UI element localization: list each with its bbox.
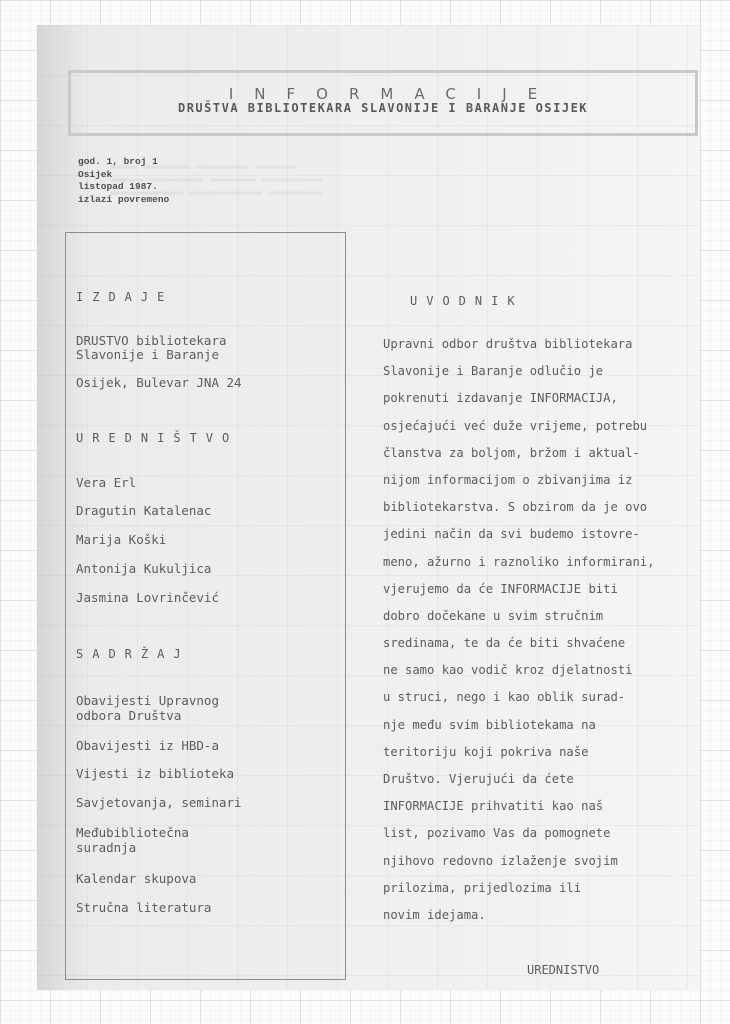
editorial-line: list, pozivamo Vas da pomognete bbox=[383, 820, 723, 847]
editorial-signature: UREDNISTVO bbox=[527, 963, 599, 977]
contents-item: Obavijesti Upravnog odbora Društva bbox=[76, 693, 219, 723]
contents-item: Obavijesti iz HBD-a bbox=[76, 738, 219, 753]
contents-item: Vijesti iz biblioteka bbox=[76, 766, 234, 781]
editorial-line: dobro dočekane u svim stručnim bbox=[383, 603, 723, 630]
editorial-line: Društvo. Vjerujući da ćete bbox=[383, 766, 723, 793]
editorial-line: osjećajući već duže vrijeme, potrebu bbox=[383, 413, 723, 440]
contents-item: Kalendar skupova bbox=[76, 871, 196, 886]
publisher-line-1: DRUSTVO bibliotekara bbox=[76, 333, 227, 348]
editorial-line: pokrenuti izdavanje INFORMACIJA, bbox=[383, 385, 723, 412]
izdaje-heading: IZDAJE bbox=[76, 290, 173, 304]
editorial-body: Upravni odbor društva bibliotekaraSlavon… bbox=[383, 331, 723, 929]
contents-item: Savjetovanja, seminari bbox=[76, 795, 242, 810]
editorial-line: njihovo redovno izlaženje svojim bbox=[383, 848, 723, 875]
editorial-line: Slavonije i Baranje odlučio je bbox=[383, 358, 723, 385]
editorial-line: nijom informacijom o zbivanjima iz bbox=[383, 467, 723, 494]
editor-name: Antonija Kukuljica bbox=[76, 561, 211, 576]
publisher-address: Osijek, Bulevar JNA 24 bbox=[76, 375, 242, 390]
editorial-heading: UVODNIK bbox=[410, 294, 524, 308]
sadrzaj-heading: SADRŽAJ bbox=[76, 647, 190, 661]
editorial-line: u struci, nego i kao oblik surad- bbox=[383, 684, 723, 711]
issue-info: god. 1, broj 1 Osijek listopad 1987. izl… bbox=[78, 156, 169, 206]
contents-item: Međubibliotečna suradnja bbox=[76, 825, 189, 855]
issue-info-line: Osijek bbox=[78, 169, 169, 182]
editorial-line: novim idejama. bbox=[383, 902, 723, 929]
editor-name: Marija Koški bbox=[76, 532, 166, 547]
editorial-line: prilozima, prijedlozima ili bbox=[383, 875, 723, 902]
publisher-line-2: Slavonije i Baranje bbox=[76, 347, 219, 362]
editor-name: Vera Erl bbox=[76, 475, 136, 490]
editorial-line: sredinama, te da će biti shvaćene bbox=[383, 630, 723, 657]
editorial-line: ne samo kao vodič kroz djelatnosti bbox=[383, 657, 723, 684]
editorial-line: teritoriju koji pokriva naše bbox=[383, 739, 723, 766]
editorial-line: nje među svim bibliotekama na bbox=[383, 712, 723, 739]
editorial-line: INFORMACIJE prihvatiti kao naš bbox=[383, 793, 723, 820]
editor-name: Dragutin Katalenac bbox=[76, 503, 211, 518]
masthead-box: INFORMACIJE DRUŠTVA BIBLIOTEKARA SLAVONI… bbox=[68, 70, 698, 136]
issue-info-line: listopad 1987. bbox=[78, 181, 169, 194]
issue-info-line: izlazi povremeno bbox=[78, 194, 169, 207]
editorial-line: Upravni odbor društva bibliotekara bbox=[383, 331, 723, 358]
editorial-line: bibliotekarstva. S obzirom da je ovo bbox=[383, 494, 723, 521]
masthead-subtitle: DRUŠTVA BIBLIOTEKARA SLAVONIJE I BARANJE… bbox=[71, 101, 695, 115]
editorial-line: meno, ažurno i raznoliko informirani, bbox=[383, 549, 723, 576]
editorial-line: članstva za boljom, bržom i aktual- bbox=[383, 440, 723, 467]
issue-info-line: god. 1, broj 1 bbox=[78, 156, 169, 169]
editorial-line: jedini način da svi budemo istovre- bbox=[383, 521, 723, 548]
editor-name: Jasmina Lovrinčević bbox=[76, 590, 219, 605]
editorial-line: vjerujemo da će INFORMACIJE biti bbox=[383, 576, 723, 603]
urednistvo-heading: UREDNIŠTVO bbox=[76, 431, 238, 445]
contents-item: Stručna literatura bbox=[76, 900, 211, 915]
